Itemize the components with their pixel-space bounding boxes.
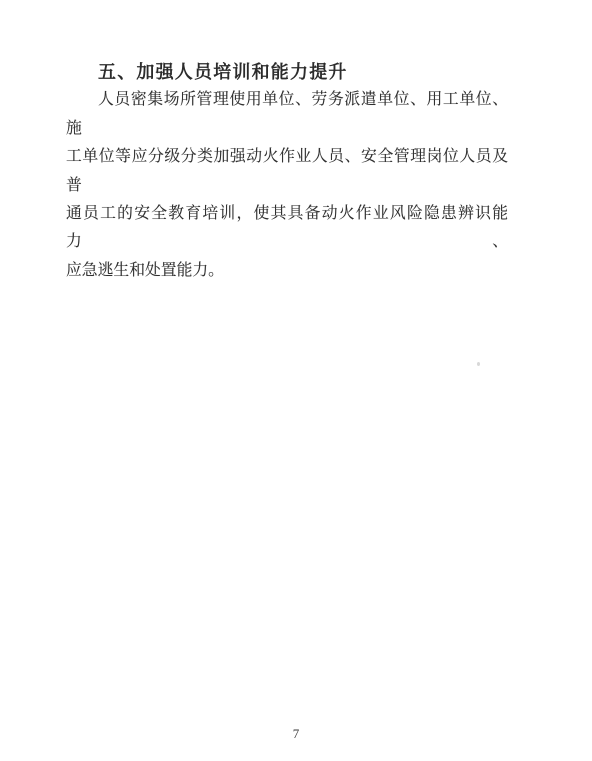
body-paragraph: 人员密集场所管理使用单位、劳务派遣单位、用工单位、施 工单位等应分级分类加强动火… [66, 86, 508, 285]
section-heading: 五、加强人员培训和能力提升 [66, 58, 508, 86]
paragraph-line: 通员工的安全教育培训，使其具备动火作业风险隐患辨识能力、 [66, 200, 508, 257]
document-page: 五、加强人员培训和能力提升 人员密集场所管理使用单位、劳务派遣单位、用工单位、施… [0, 0, 592, 761]
page-number: 7 [0, 726, 592, 742]
paragraph-line: 应急逃生和处置能力。 [66, 257, 508, 285]
paragraph-line: 工单位等应分级分类加强动火作业人员、安全管理岗位人员及普 [66, 143, 508, 200]
paragraph-line: 人员密集场所管理使用单位、劳务派遣单位、用工单位、施 [66, 86, 508, 143]
page-content: 五、加强人员培训和能力提升 人员密集场所管理使用单位、劳务派遣单位、用工单位、施… [66, 58, 508, 285]
scan-artifact-speck [477, 362, 480, 366]
